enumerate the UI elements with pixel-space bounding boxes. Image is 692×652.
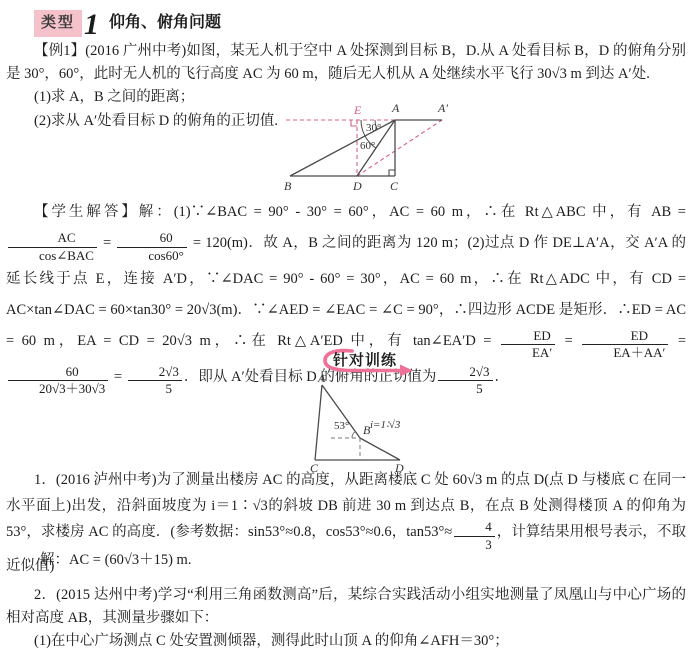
solution-text: 【学生解答】解：(1)∵∠BAC = 90° - 30° = 60°，AC = … xyxy=(34,204,686,220)
fig1-angle-60: 60° xyxy=(360,140,375,152)
fig2-angle-53: 53° xyxy=(334,420,349,432)
solution-text: = xyxy=(670,333,686,349)
fig1-label-C: C xyxy=(390,179,399,193)
type-badge: 类型 xyxy=(34,10,82,37)
example-intro: 【例1】(2016 广州中考)如图，某无人机于空中 A 处探测到目标 B，D.从… xyxy=(6,40,686,86)
type-badge-number: 1 xyxy=(84,10,99,40)
fig1-label-E: E xyxy=(353,103,362,117)
fig1-angle-30: 30° xyxy=(366,122,381,134)
fraction: 6020√3＋30√3 xyxy=(8,364,108,398)
fig1-label-D: D xyxy=(352,179,362,193)
problem-2: 2．(2015 达州中考)学习“利用三角函数测高”后，某综合实践活动小组实地测量… xyxy=(0,584,692,652)
fig1-label-B: B xyxy=(284,179,292,193)
angle-arc-B xyxy=(352,432,355,439)
fraction: 60cos60° xyxy=(117,230,187,264)
problem-1-answer: 解：AC = (60√3＋15) m. xyxy=(0,549,692,572)
figure-drone-diagram: A A′ E B D C 30° 60° xyxy=(276,96,492,200)
right-angle-mark-C xyxy=(389,170,395,176)
fraction: 2√35 xyxy=(128,364,182,398)
fig2-label-A: A xyxy=(317,371,326,385)
solution-text: ． xyxy=(495,369,510,385)
section-title: 仰角、俯角问题 xyxy=(109,10,221,37)
fraction: 43 xyxy=(454,519,495,553)
problem-2-step-1: (1)在中心广场测点 C 处安置测倾器，测得此时山顶 A 的仰角∠AFH＝30°… xyxy=(6,630,686,652)
fraction: EDEA′ xyxy=(501,328,555,362)
solution-text: = xyxy=(557,333,580,349)
section-header: 类型 1 仰角、俯角问题 xyxy=(34,7,221,37)
fig1-label-A-prime: A′ xyxy=(437,101,448,115)
training-banner-label: 针对训练 xyxy=(333,349,397,373)
fraction: EDEA＋AA′ xyxy=(582,328,668,362)
right-angle-mark-E xyxy=(351,120,357,126)
solution-text: = xyxy=(110,369,125,385)
solution-text: = xyxy=(99,235,115,251)
figure-slope-diagram: A B C D 53° i=1∶√3 xyxy=(290,371,414,475)
fraction: ACcos∠BAC xyxy=(8,230,97,264)
fig2-slope-ratio: i=1∶√3 xyxy=(370,419,401,431)
fraction: 2√35 xyxy=(438,364,492,398)
problem-2-text: 2．(2015 达州中考)学习“利用三角函数测高”后，某综合实践活动小组实地测量… xyxy=(6,584,686,630)
fig1-label-A: A xyxy=(391,101,400,115)
